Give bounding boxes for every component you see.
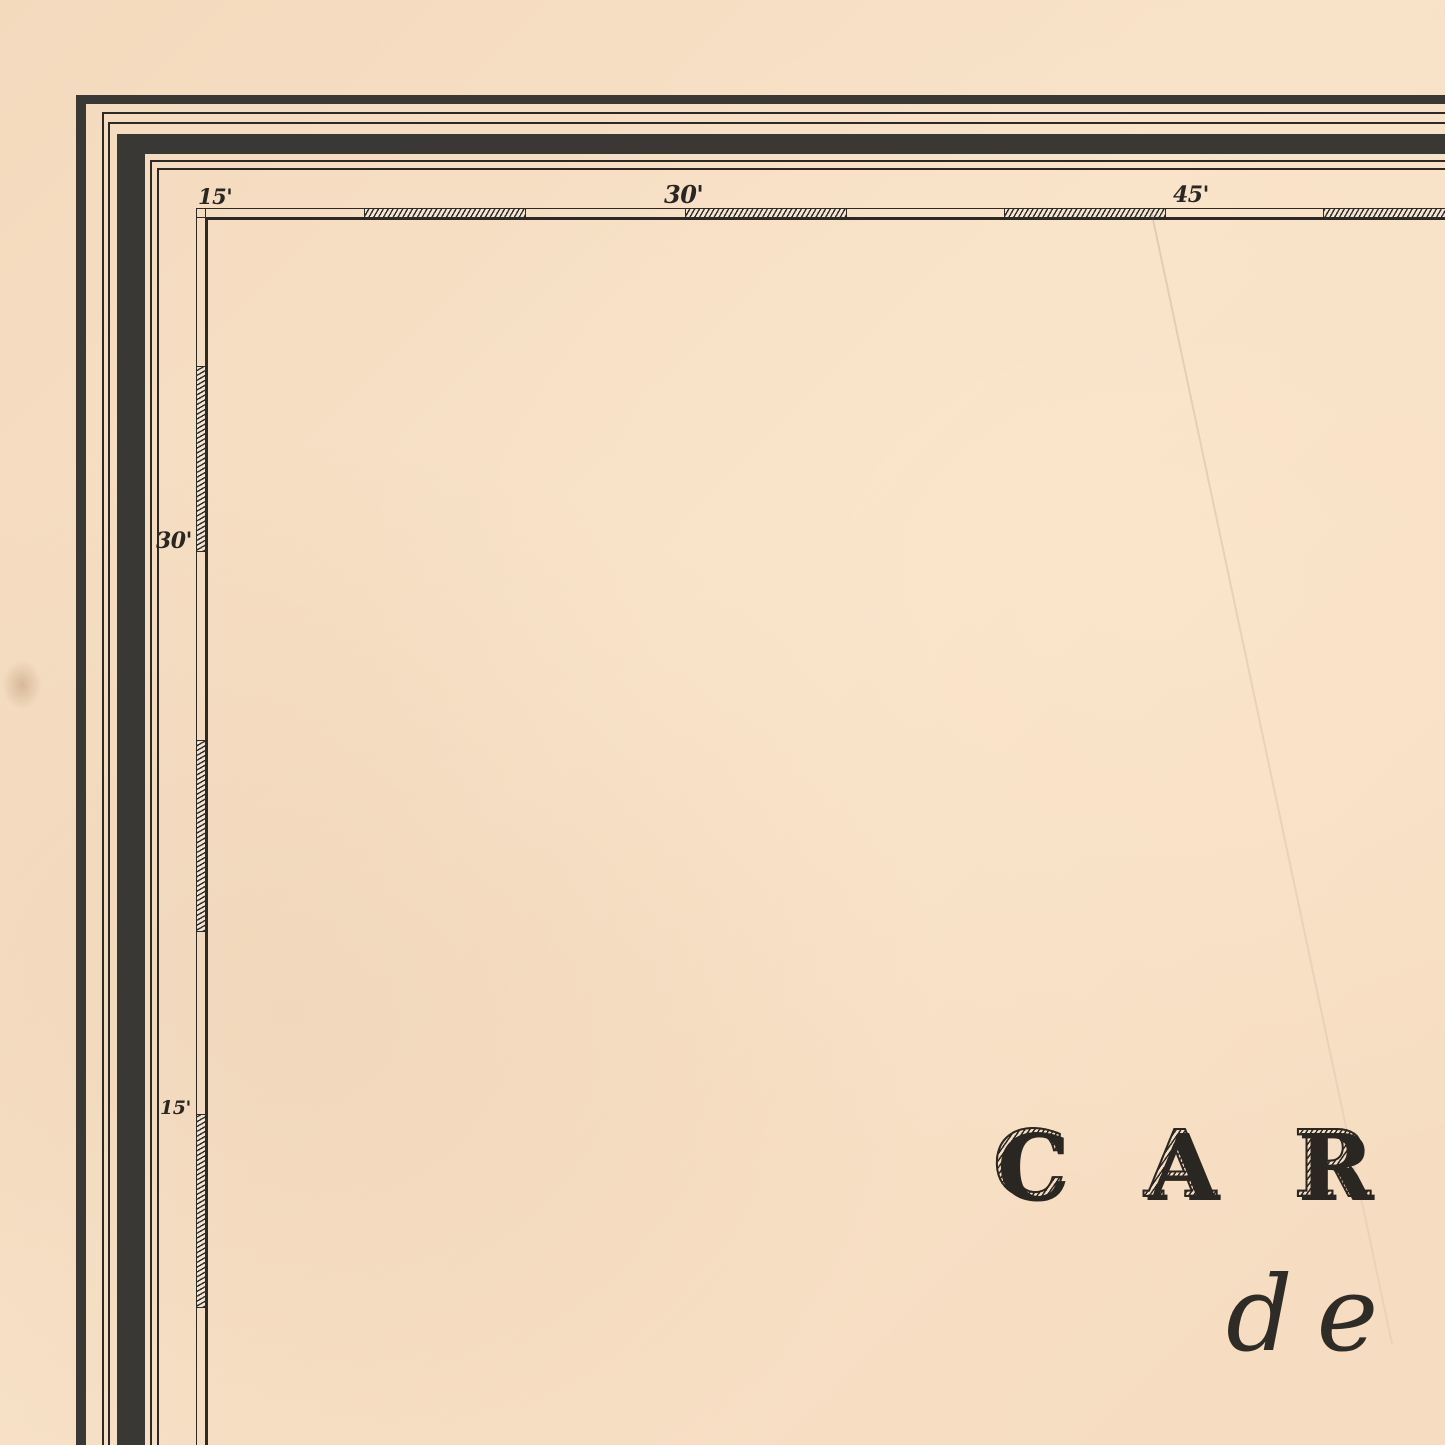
frame-line-6-top xyxy=(157,168,1445,170)
map-sheet: 15' 30' 45' 30' 15' CAR de l xyxy=(0,0,1445,1445)
frame-line-2-top xyxy=(102,112,1445,114)
frame-line-3-left xyxy=(108,122,110,1445)
left-scale-label-30: 30' xyxy=(156,528,192,554)
neatline-top xyxy=(206,218,1445,220)
frame-thick-top xyxy=(117,134,1445,154)
frame-thick-left xyxy=(117,134,145,1445)
map-subtitle: de l xyxy=(1226,1262,1445,1366)
scale-segment-hatched xyxy=(197,740,205,932)
left-degree-scale xyxy=(196,208,206,1445)
map-title: CAR xyxy=(993,1118,1445,1210)
paper-stain xyxy=(2,660,42,710)
top-degree-scale xyxy=(196,208,1445,218)
frame-line-5-top xyxy=(150,160,1445,162)
frame-line-6-left xyxy=(157,168,159,1445)
scale-segment-hatched xyxy=(364,209,526,217)
scale-segment-hatched xyxy=(1004,209,1166,217)
frame-line-2-left xyxy=(102,112,104,1445)
frame-outer-top xyxy=(76,95,1445,104)
neatline-left xyxy=(206,218,208,1445)
frame-outer-left xyxy=(76,95,86,1445)
top-scale-label-45: 45' xyxy=(1173,182,1209,208)
left-scale-label-15: 15' xyxy=(160,1097,191,1119)
scale-segment-hatched xyxy=(197,1114,205,1308)
top-scale-label-30: 30' xyxy=(664,180,703,209)
scale-segment-hatched xyxy=(197,366,205,552)
frame-line-5-left xyxy=(150,160,152,1445)
scale-segment-hatched xyxy=(1323,209,1445,217)
scale-segment-hatched xyxy=(685,209,847,217)
frame-line-3-top xyxy=(108,122,1445,124)
top-scale-label-15: 15' xyxy=(198,184,232,209)
